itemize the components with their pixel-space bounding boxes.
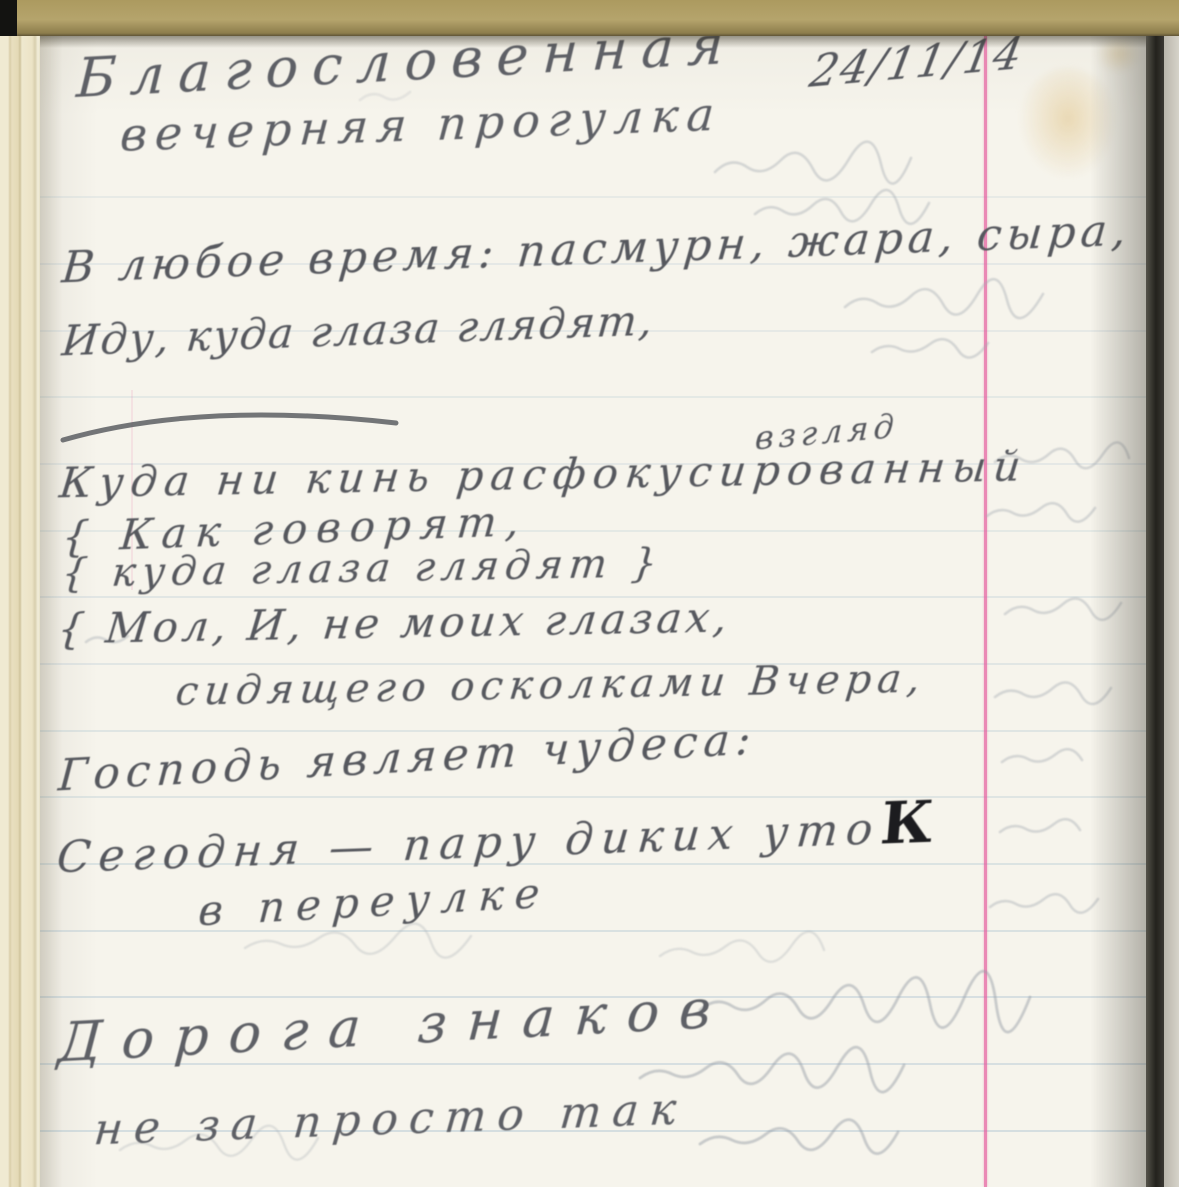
notebook-page-scan: Благословенная вечерняя прогулка 24/11/1… bbox=[0, 0, 1179, 1187]
pink-margin-line bbox=[984, 36, 987, 1187]
poem-line-9-final-letter: К bbox=[878, 788, 936, 857]
page-edge-stack bbox=[0, 36, 40, 1187]
poem-line-5: { куда глаза глядят } bbox=[60, 544, 665, 595]
page-edge-shadow bbox=[40, 36, 62, 1187]
cover-shadow bbox=[0, 36, 1179, 48]
poem-line-6: { Мол, И, не моих глазах, bbox=[56, 596, 734, 650]
notebook-cover-strip bbox=[0, 0, 1179, 36]
gutter-dark-band bbox=[1146, 36, 1164, 1187]
next-page-edge bbox=[1164, 36, 1179, 1187]
gutter-shadow bbox=[1090, 36, 1150, 1187]
